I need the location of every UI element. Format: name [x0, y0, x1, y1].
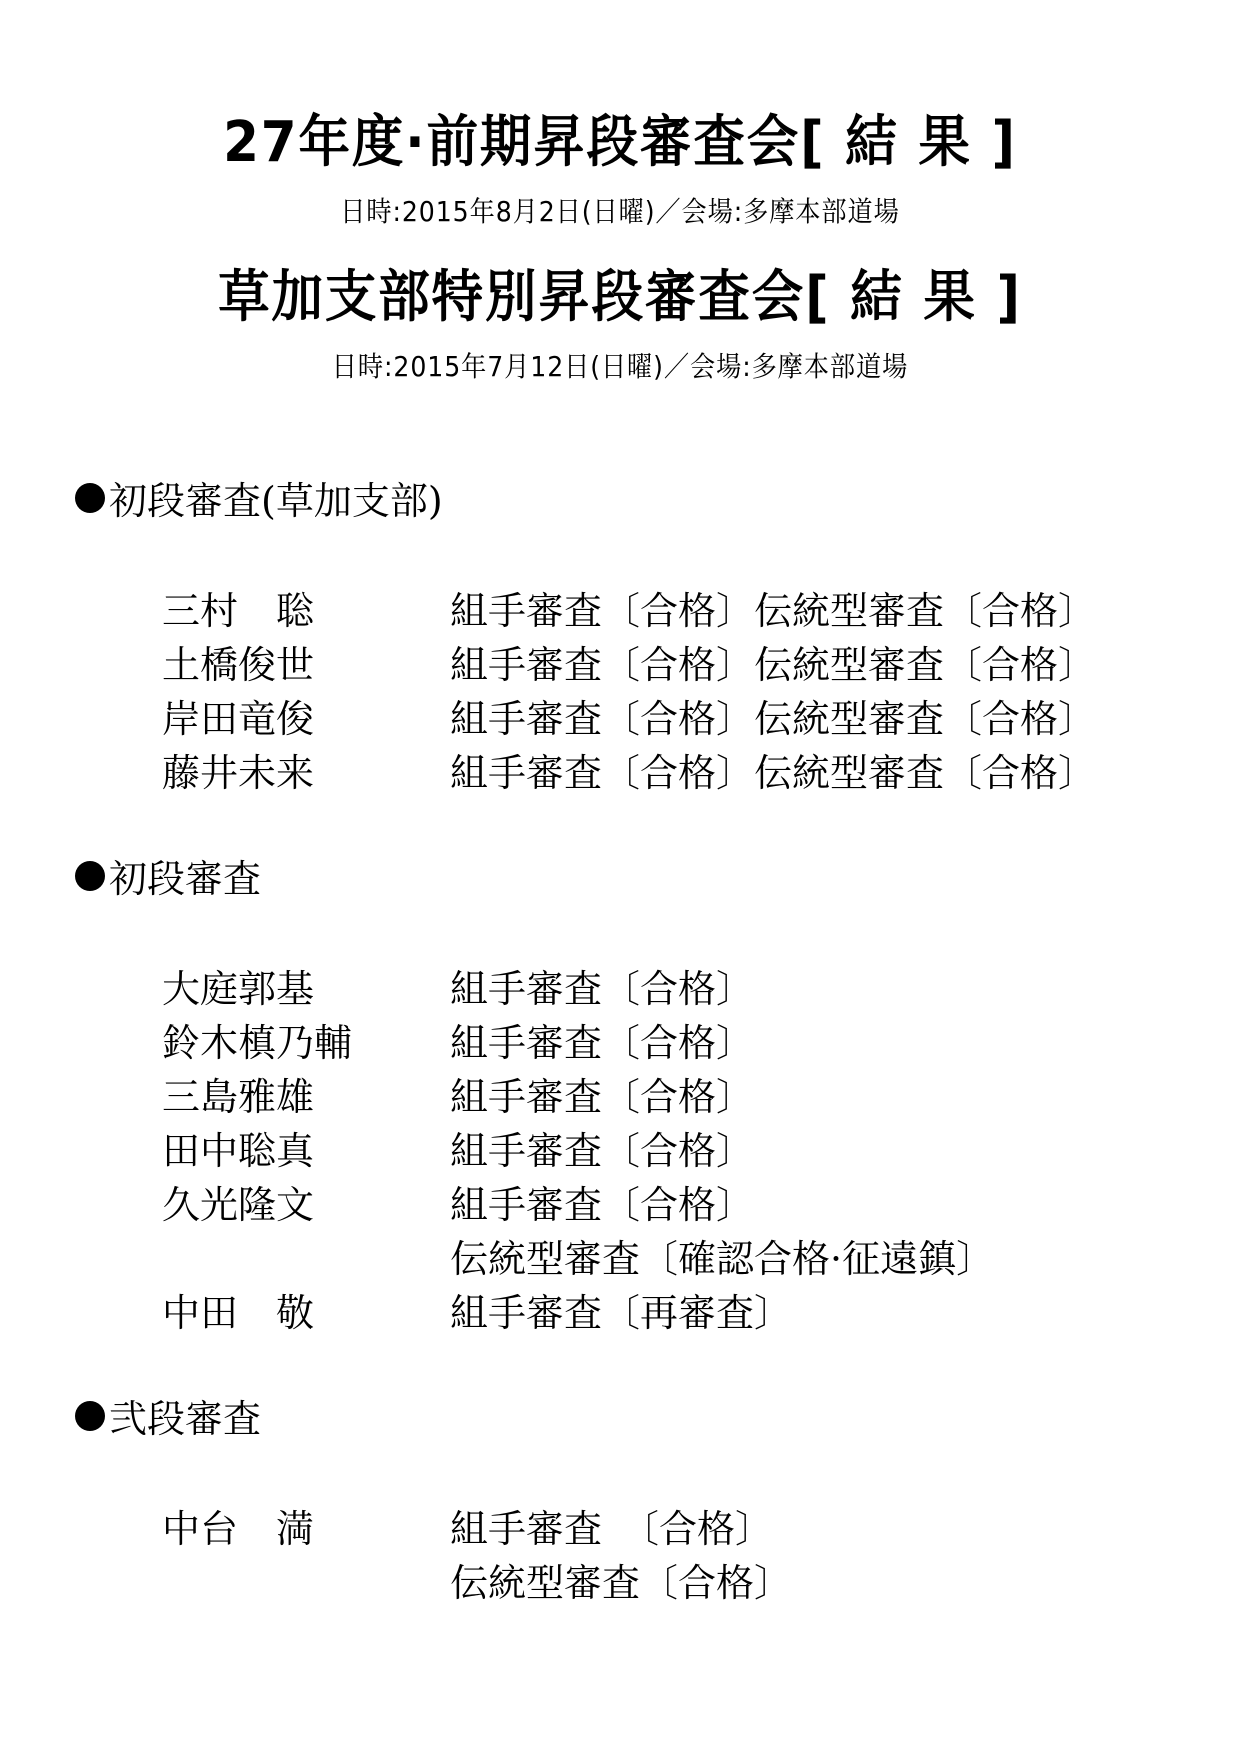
entry-result: 組手審査〔合格〕伝統型審査〔合格〕: [450, 688, 1096, 743]
subtitle-soka-date-venue: 日時:2015年7月12日(日曜)／会場:多摩本部道場: [62, 345, 1178, 385]
entry-name: 土橋俊世: [162, 634, 314, 689]
title-main: 27年度·前期昇段審査会[ 結 果 ]: [50, 98, 1191, 178]
entry-name: 田中聡真: [162, 1120, 314, 1175]
section-heading-label: 初段審査: [109, 848, 261, 903]
entry-result: 組手審査〔合格〕: [450, 1174, 754, 1229]
entry-result: 組手審査 〔合格〕: [450, 1498, 773, 1553]
section-heading-shodan-soka: 初段審査(草加支部): [75, 470, 443, 525]
bullet-icon: [75, 861, 105, 891]
entry-result: 組手審査〔合格〕: [450, 1066, 754, 1121]
entry-result: 組手審査〔再審査〕: [450, 1282, 792, 1337]
entry-result: 組手審査〔合格〕: [450, 1012, 754, 1067]
entry-name: 三島雅雄: [162, 1066, 314, 1121]
entry-result: 組手審査〔合格〕伝統型審査〔合格〕: [450, 634, 1096, 689]
subtitle-main-date-venue: 日時:2015年8月2日(日曜)／会場:多摩本部道場: [62, 190, 1178, 230]
bullet-icon: [75, 483, 105, 513]
entry-result: 伝統型審査〔合格〕: [450, 1552, 792, 1607]
entry-name: 岸田竜俊: [162, 688, 314, 743]
entry-result: 組手審査〔合格〕: [450, 1120, 754, 1175]
section-heading-label: 初段審査(草加支部): [109, 470, 443, 525]
title-soka-branch: 草加支部特別昇段審査会[ 結 果 ]: [50, 253, 1191, 333]
section-heading-nidan: 弐段審査: [75, 1388, 261, 1443]
entry-name: 大庭郭基: [162, 958, 314, 1013]
section-heading-label: 弐段審査: [109, 1388, 261, 1443]
bullet-icon: [75, 1401, 105, 1431]
entry-name: 藤井未来: [162, 742, 314, 797]
entry-name: 久光隆文: [162, 1174, 314, 1229]
entry-result: 組手審査〔合格〕: [450, 958, 754, 1013]
entry-name: 三村 聡: [162, 580, 314, 635]
entry-result: 組手審査〔合格〕伝統型審査〔合格〕: [450, 580, 1096, 635]
entry-name: 鈴木槙乃輔: [162, 1012, 352, 1067]
entry-name: 中台 満: [162, 1498, 314, 1553]
section-heading-shodan: 初段審査: [75, 848, 261, 903]
entry-name: 中田 敬: [162, 1282, 314, 1337]
entry-result: 伝統型審査〔確認合格·征遠鎮〕: [450, 1228, 994, 1283]
entry-result: 組手審査〔合格〕伝統型審査〔合格〕: [450, 742, 1096, 797]
